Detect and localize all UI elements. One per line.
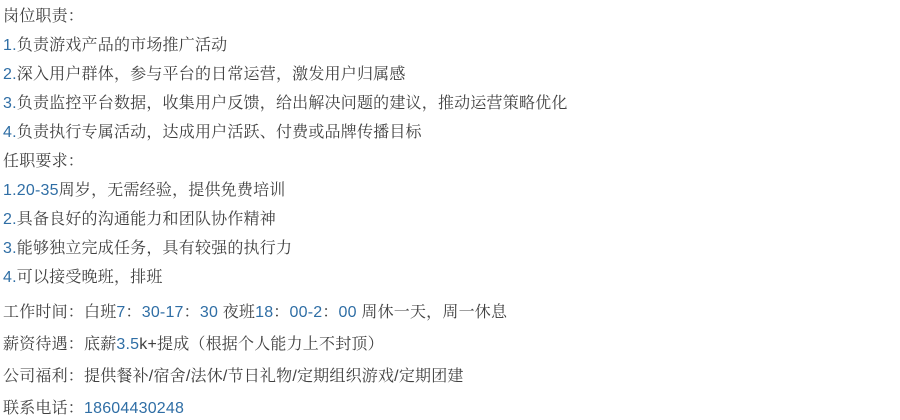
text-segment: 周休一天，周一休息 (357, 304, 507, 321)
number-text: 18604430248 (84, 400, 184, 417)
text-segment: 任职要求： (3, 153, 84, 170)
contact-phone-line: 联系电话：18604430248 (3, 393, 900, 420)
duty-item: 2.深入用户群体，参与平台的日常运营，激发用户归属感 (3, 60, 900, 89)
number-text: 30-17 (142, 304, 184, 321)
text-segment: 负责监控平台数据，收集用户反馈，给出解决问题的建议，推动运营策略优化 (17, 95, 568, 112)
section-title-requirements: 任职要求： (3, 147, 900, 176)
duty-item: 1.负责游戏产品的市场推广活动 (3, 31, 900, 60)
number-text: 00-2 (290, 304, 323, 321)
benefits-line: 公司福利：提供餐补/宿舍/法休/节日礼物/定期组织游戏/定期团建 (3, 361, 900, 393)
number-text: 4. (3, 124, 17, 141)
number-text: 1. (3, 37, 17, 54)
text-segment: 具备良好的沟通能力和团队协作精神 (17, 211, 276, 228)
salary-line: 薪资待遇：底薪3.5k+提成（根据个人能力上不封顶） (3, 329, 900, 361)
text-segment: k+提成（根据个人能力上不封顶） (139, 336, 384, 353)
requirement-item: 2.具备良好的沟通能力和团队协作精神 (3, 205, 900, 234)
text-segment: 负责执行专属活动，达成用户活跃、付费或品牌传播目标 (17, 124, 422, 141)
number-text: 3. (3, 240, 17, 257)
text-segment: ： (184, 304, 200, 321)
number-text: 3. (3, 95, 17, 112)
requirement-item: 1.20-35周岁，无需经验，提供免费培训 (3, 176, 900, 205)
number-text: 18 (255, 304, 273, 321)
text-segment: 联系电话： (3, 400, 84, 417)
number-text: 30 (200, 304, 218, 321)
text-segment: 岗位职责： (3, 8, 84, 25)
number-text: 2. (3, 211, 17, 228)
number-text: 7 (116, 304, 125, 321)
text-segment: 周岁，无需经验，提供免费培训 (59, 182, 286, 199)
text-segment: 负责游戏产品的市场推广活动 (17, 37, 228, 54)
text-segment: ： (126, 304, 142, 321)
text-segment: 公司福利：提供餐补/宿舍/法休/节日礼物/定期组织游戏/定期团建 (3, 368, 464, 385)
duty-item: 4.负责执行专属活动，达成用户活跃、付费或品牌传播目标 (3, 118, 900, 147)
text-segment: 能够独立完成任务，具有较强的执行力 (17, 240, 292, 257)
number-text: 3.5 (116, 336, 139, 353)
text-segment: 薪资待遇：底薪 (3, 336, 116, 353)
requirement-item: 4.可以接受晚班，排班 (3, 263, 900, 292)
number-text: 4. (3, 269, 17, 286)
duties-and-requirements-section: 岗位职责： 1.负责游戏产品的市场推广活动 2.深入用户群体，参与平台的日常运营… (3, 0, 900, 292)
section-title-duties: 岗位职责： (3, 2, 900, 31)
text-segment: ： (273, 304, 289, 321)
job-posting-text: 岗位职责： 1.负责游戏产品的市场推广活动 2.深入用户群体，参与平台的日常运营… (0, 0, 900, 420)
work-hours-line: 工作时间：白班7：30-17：30 夜班18：00-2：00 周休一天，周一休息 (3, 297, 900, 329)
text-segment: 可以接受晚班，排班 (17, 269, 163, 286)
number-text: 1.20-35 (3, 182, 59, 199)
requirement-item: 3.能够独立完成任务，具有较强的执行力 (3, 234, 900, 263)
text-segment: 夜班 (218, 304, 255, 321)
number-text: 2. (3, 66, 17, 83)
duty-item: 3.负责监控平台数据，收集用户反馈，给出解决问题的建议，推动运营策略优化 (3, 89, 900, 118)
text-segment: ： (322, 304, 338, 321)
conditions-section: 工作时间：白班7：30-17：30 夜班18：00-2：00 周休一天，周一休息… (3, 297, 900, 420)
text-segment: 深入用户群体，参与平台的日常运营，激发用户归属感 (17, 66, 406, 83)
text-segment: 工作时间：白班 (3, 304, 116, 321)
number-text: 00 (339, 304, 357, 321)
